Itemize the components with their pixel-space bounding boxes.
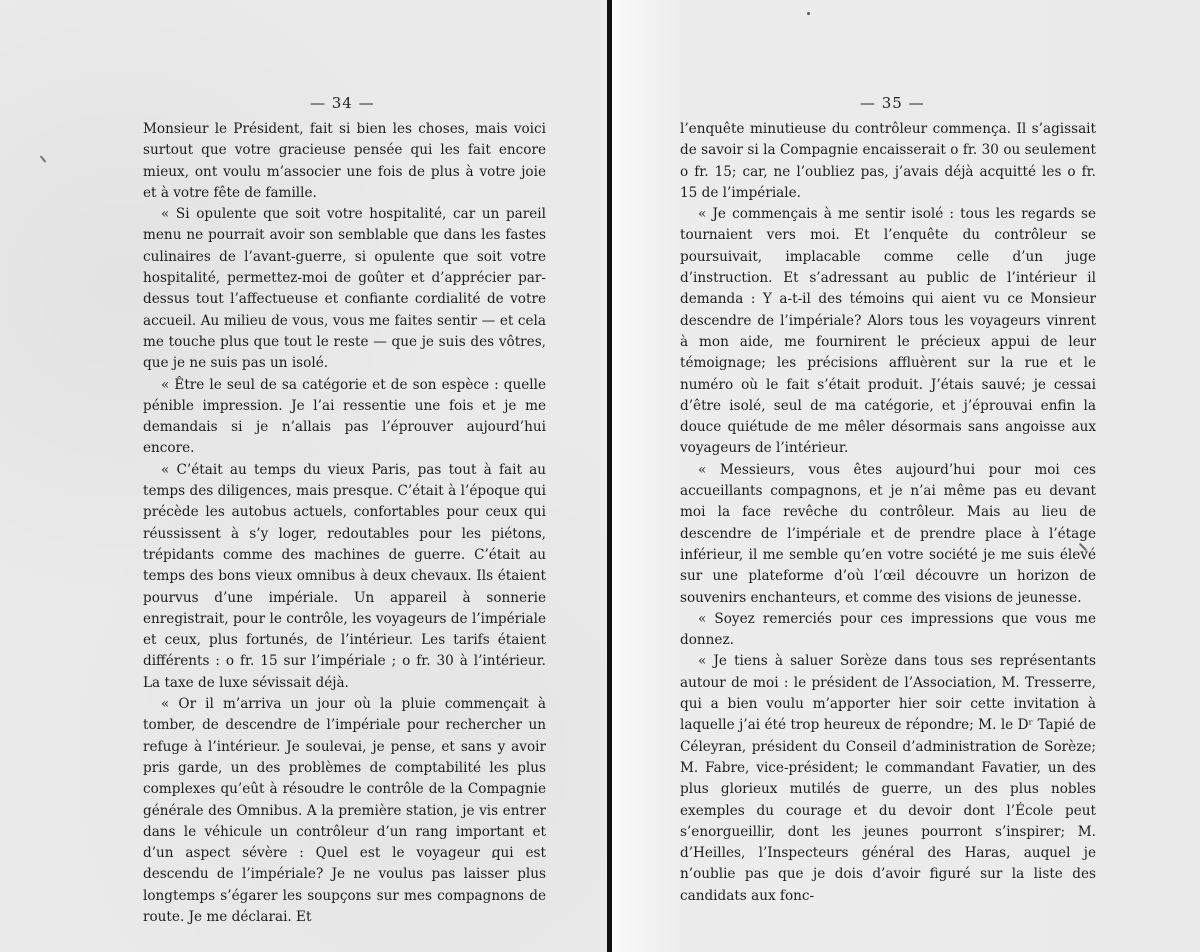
paper-speck bbox=[807, 12, 810, 15]
left-page-text: Monsieur le Président, fait si bien les … bbox=[143, 119, 546, 928]
paragraph: « Je commençais à me sentir isolé : tous… bbox=[680, 204, 1096, 460]
paragraph: « Or il m’arriva un jour où la pluie com… bbox=[143, 694, 546, 928]
paragraph: « C’était au temps du vieux Paris, pas t… bbox=[143, 460, 546, 694]
paragraph: « Si opulente que soit votre hospitalité… bbox=[143, 204, 546, 374]
paper-fiber bbox=[40, 155, 47, 162]
paragraph: « Soyez remerciés pour ces impressions q… bbox=[680, 609, 1096, 652]
left-page: — 34 — Monsieur le Président, fait si bi… bbox=[0, 0, 607, 952]
paragraph: l’enquête minutieuse du contrôleur comme… bbox=[680, 119, 1096, 204]
right-page-text: l’enquête minutieuse du contrôleur comme… bbox=[680, 119, 1096, 907]
page-number-left: — 34 — bbox=[310, 94, 375, 112]
right-page: — 35 — l’enquête minutieuse du contrôleu… bbox=[612, 0, 1200, 952]
book-spread: — 34 — Monsieur le Président, fait si bi… bbox=[0, 0, 1200, 952]
page-number-right: — 35 — bbox=[860, 94, 925, 112]
paragraph: « Messieurs, vous êtes aujourd’hui pour … bbox=[680, 460, 1096, 609]
paper-speck bbox=[492, 855, 495, 858]
paragraph: « Je tiens à saluer Sorèze dans tous ses… bbox=[680, 651, 1096, 907]
paragraph: « Être le seul de sa catégorie et de son… bbox=[143, 375, 546, 460]
paragraph: Monsieur le Président, fait si bien les … bbox=[143, 119, 546, 204]
